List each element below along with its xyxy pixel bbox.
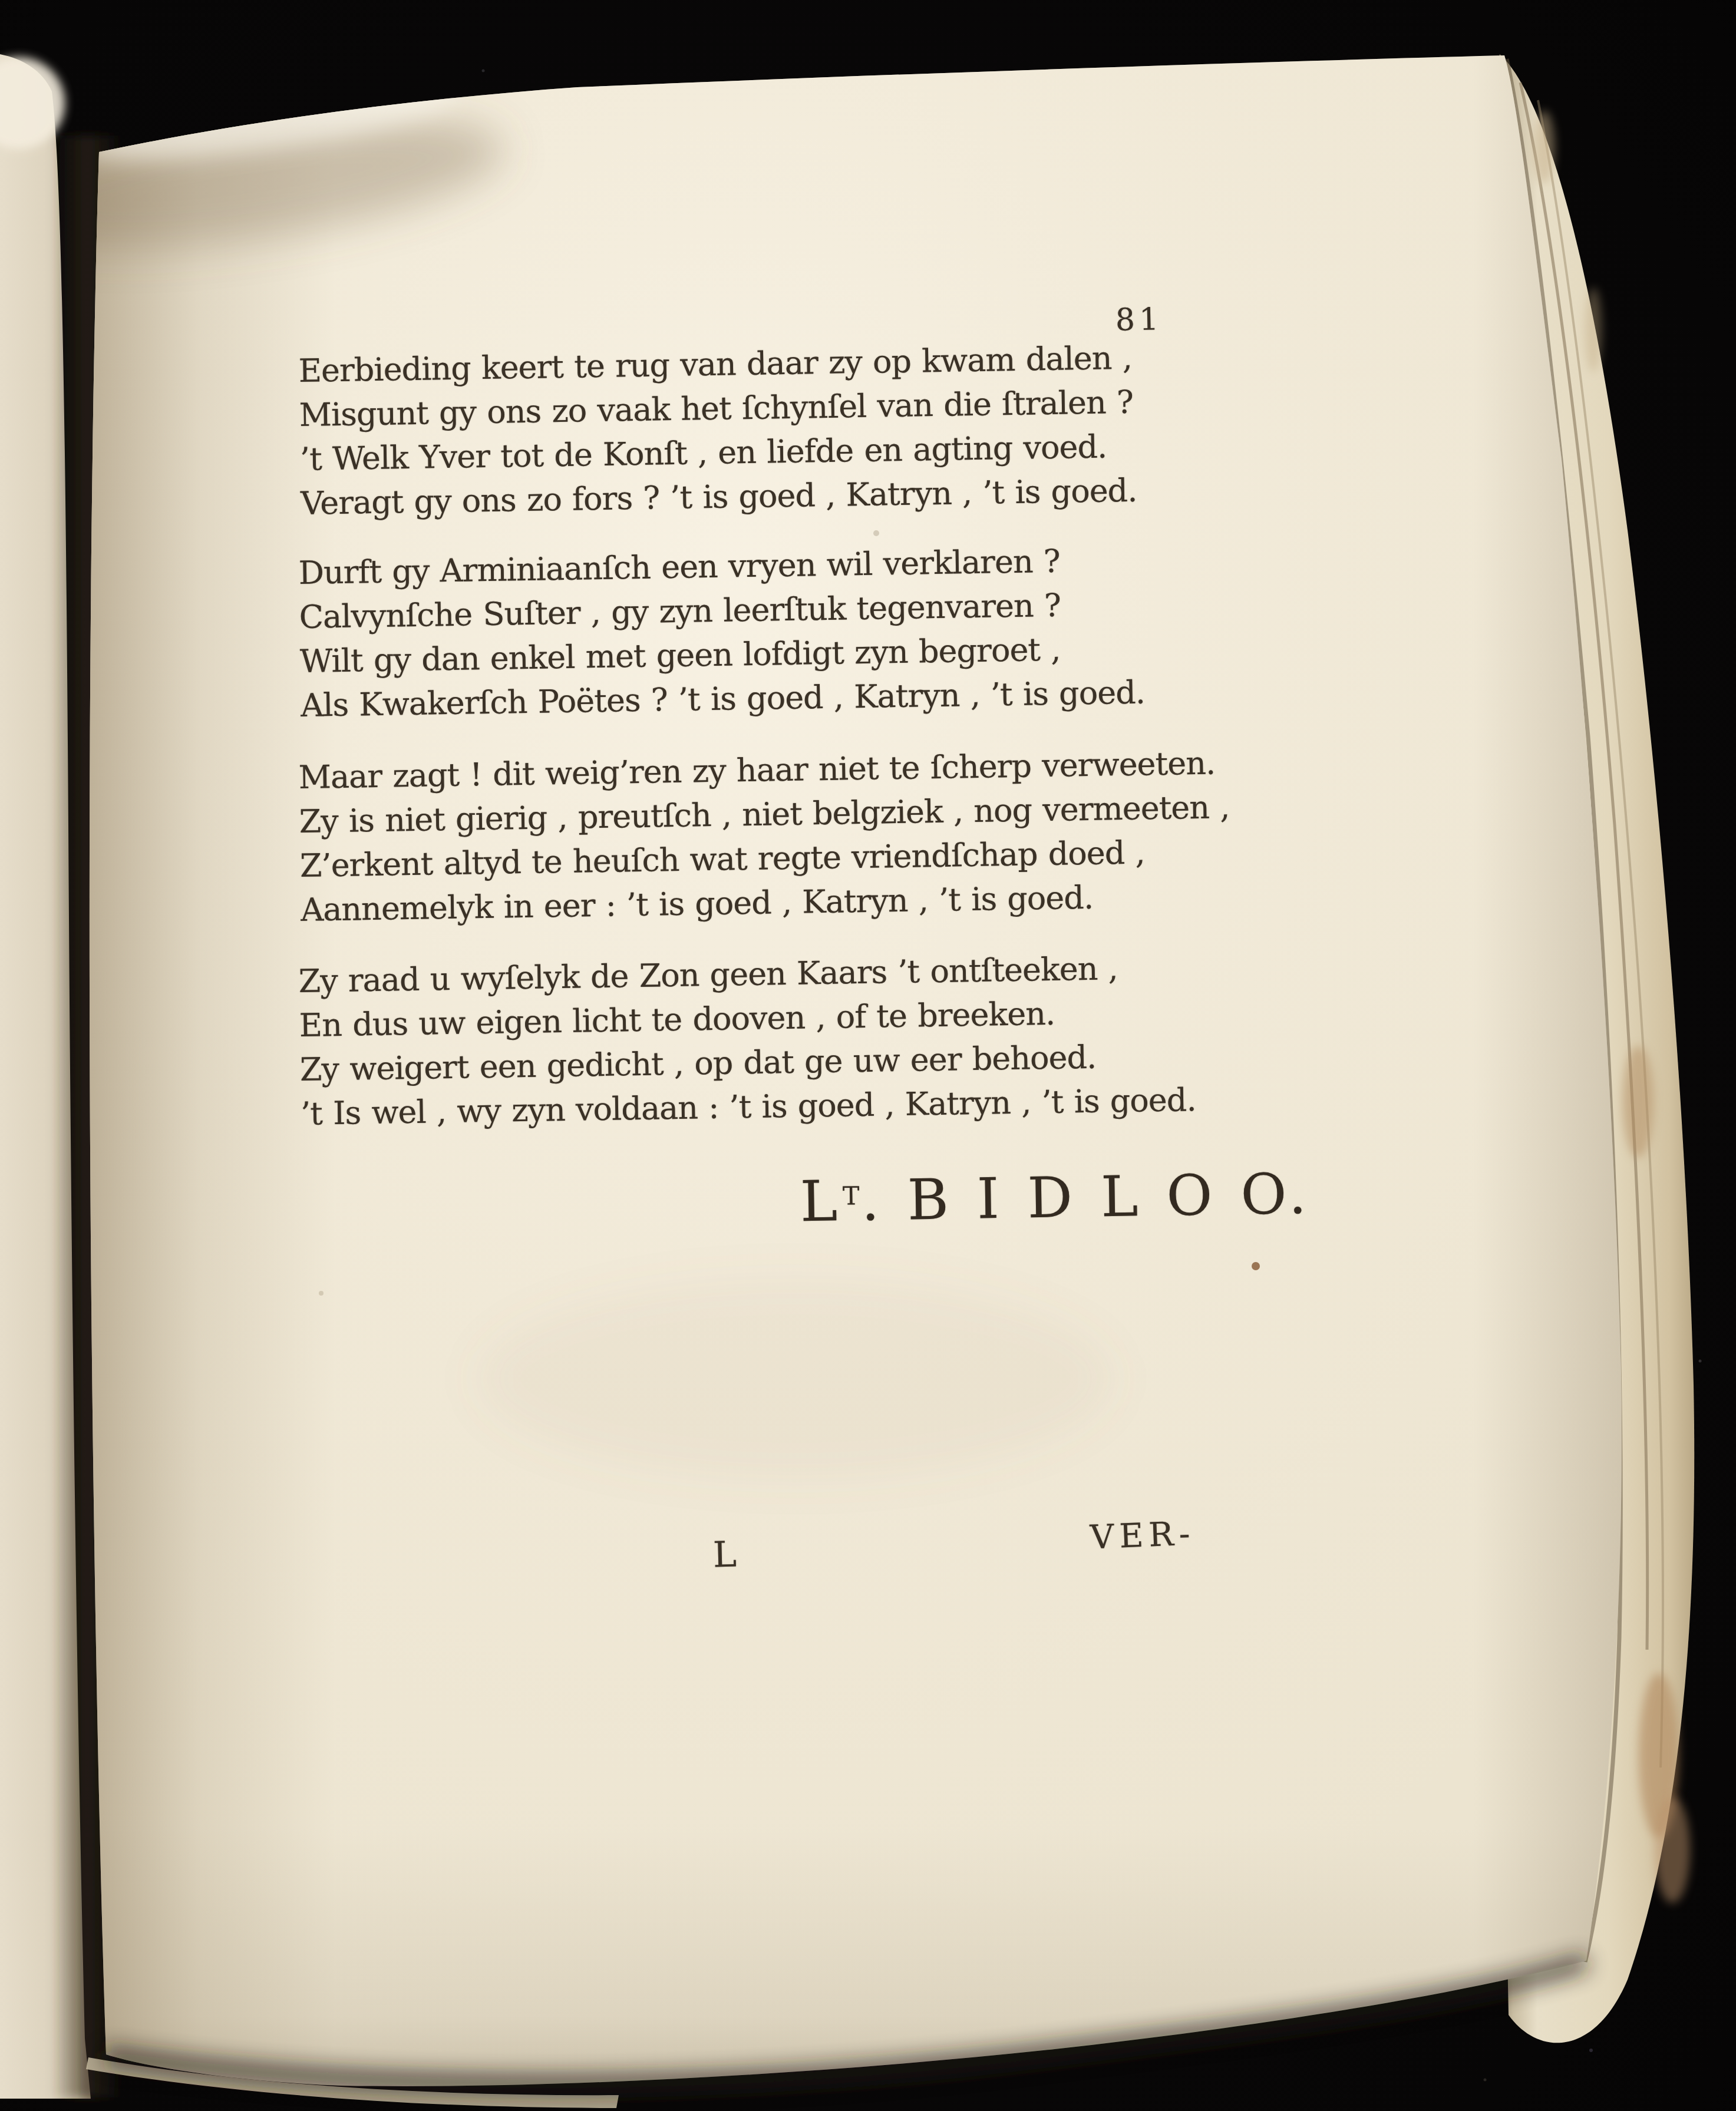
author-signature: LT. B I D L O O. [800, 1161, 1312, 1230]
stanza: Zy raad u wyſelyk de Zon geen Kaars ’t o… [298, 945, 1196, 1136]
stanza: Maar zagt ! dit weig’ren zy haar niet te… [298, 741, 1231, 932]
signature-superscript: T [843, 1181, 862, 1211]
stanza: Durft gy Arminiaanſch een vryen wil verk… [298, 537, 1145, 727]
catchword: VER- [1090, 1518, 1196, 1555]
stanza: Eerbieding keert te rug van daar zy op k… [298, 336, 1137, 526]
signature-name: . B I D L O O. [861, 1162, 1312, 1234]
printed-text-layer: 81 Eerbieding keert te rug van daar zy o… [0, 0, 1736, 2111]
page-number: 81 [1115, 302, 1163, 338]
book-page-photo: 81 Eerbieding keert te rug van daar zy o… [0, 0, 1736, 2111]
signature-initial: L [800, 1169, 843, 1234]
signature-mark: L [712, 1537, 737, 1573]
